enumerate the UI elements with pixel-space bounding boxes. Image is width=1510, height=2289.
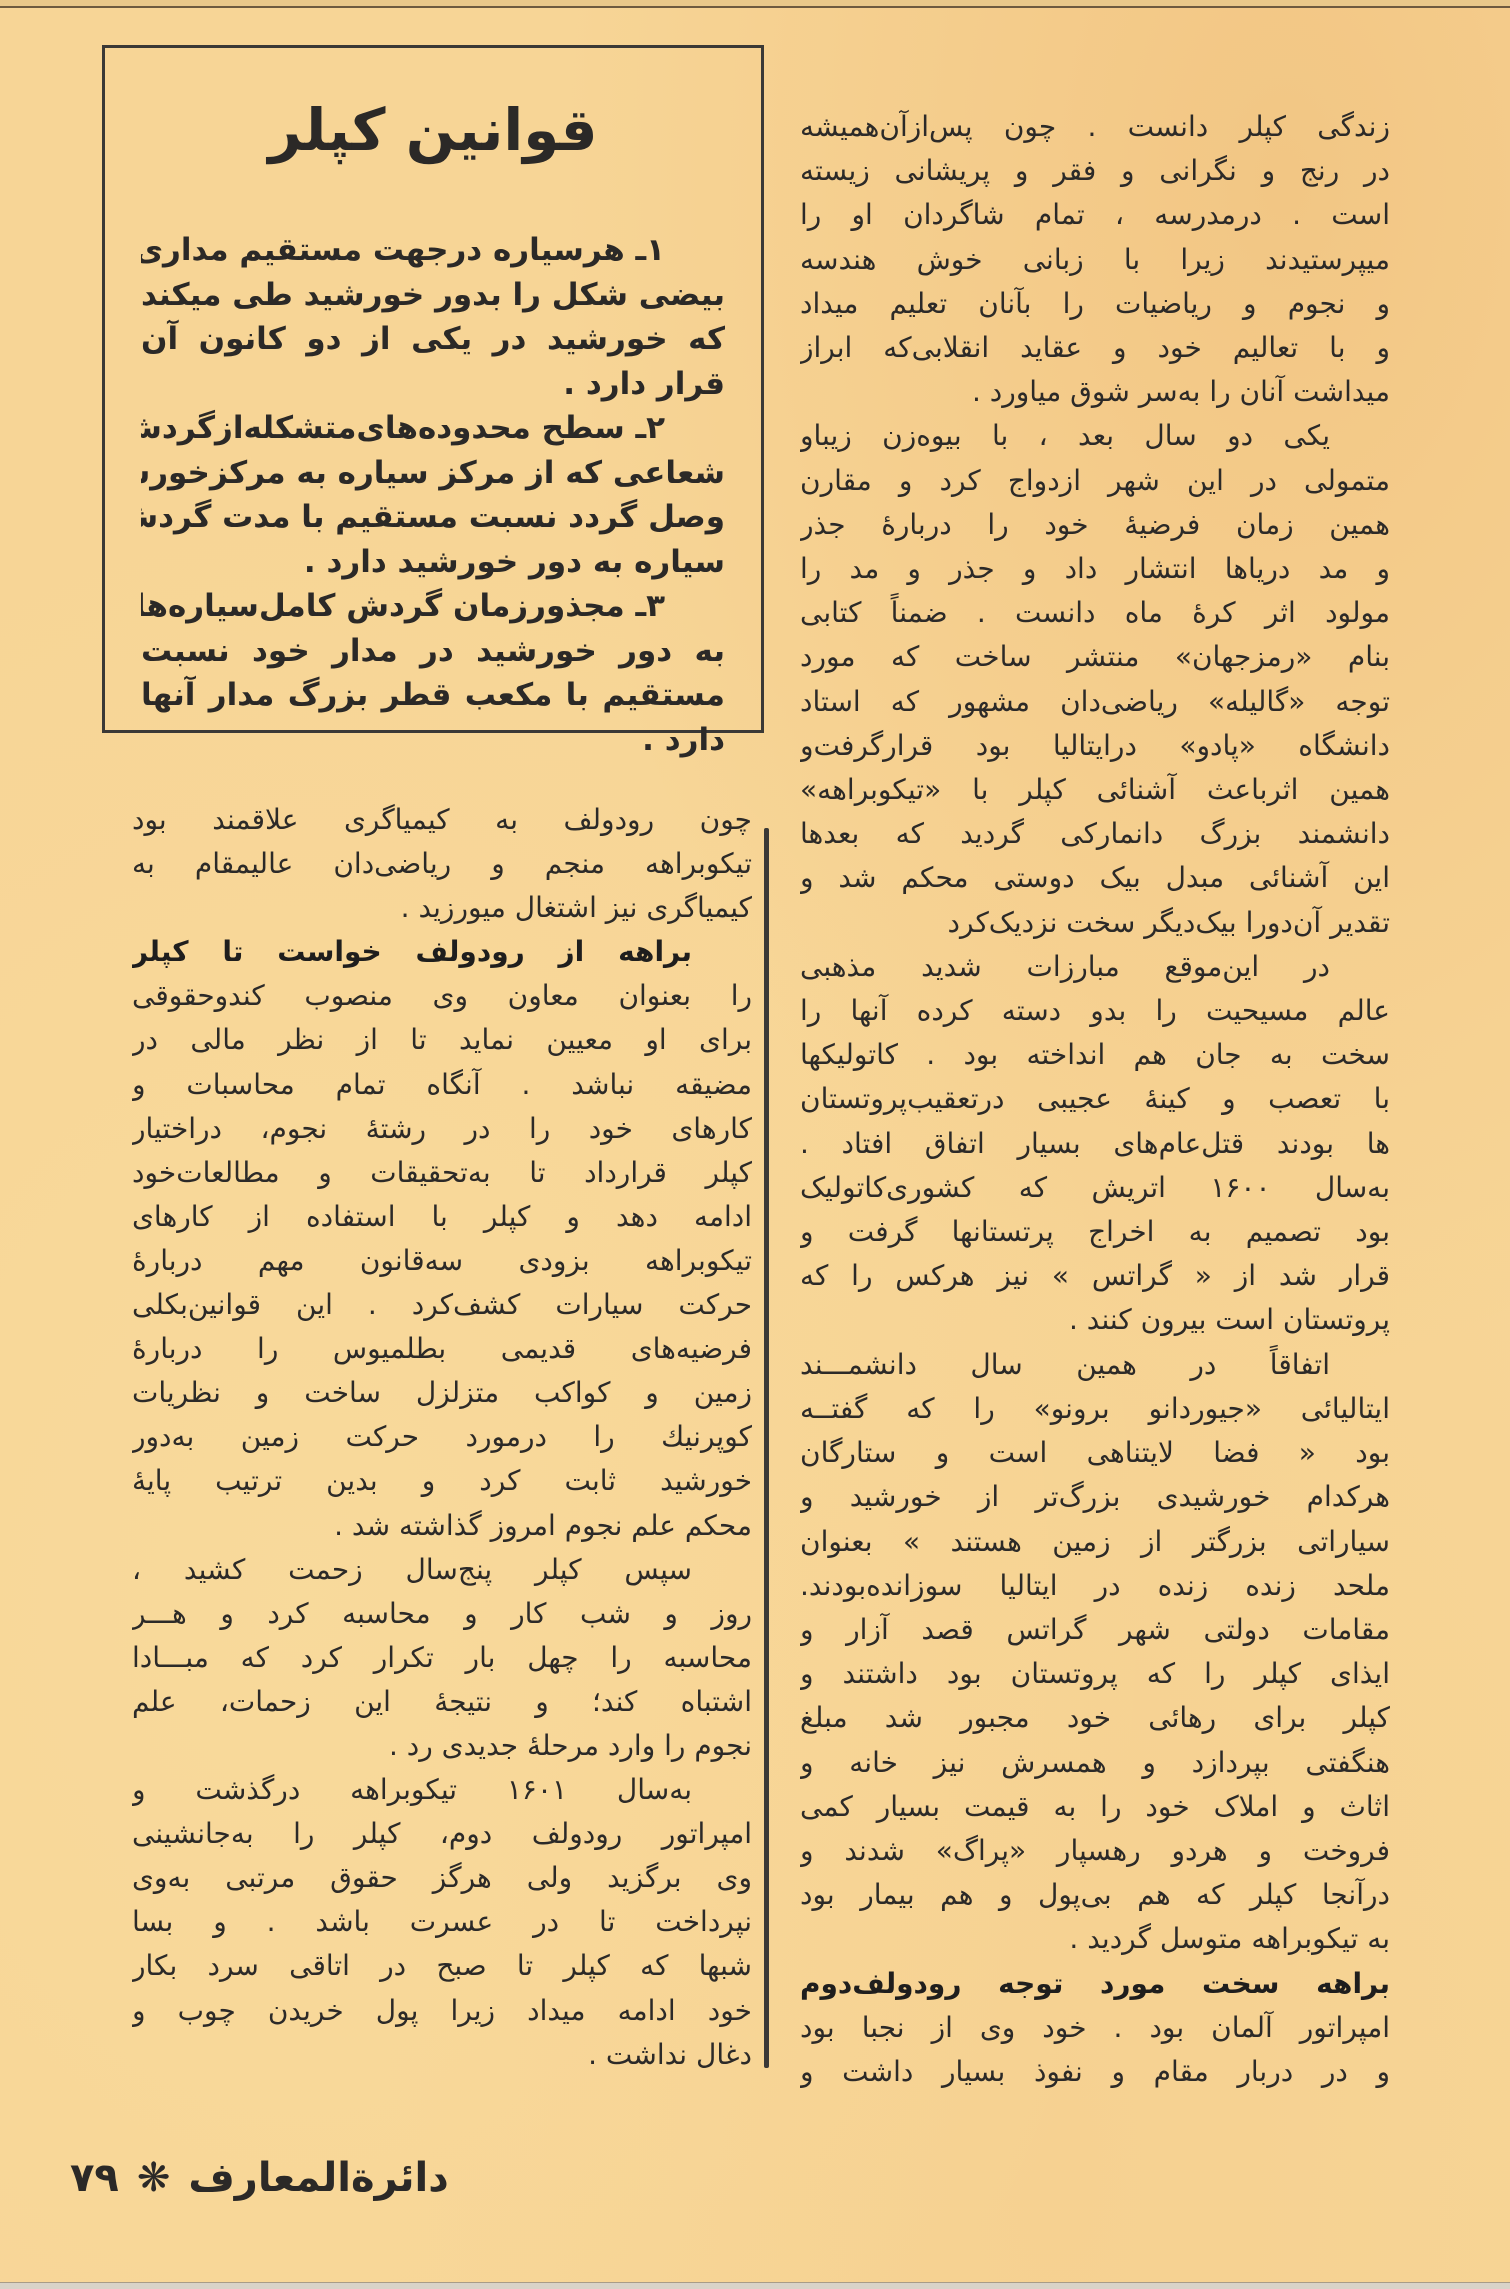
text-line: ایذای کپلر را که پروتستان بود داشتند و [800,1652,1390,1696]
page-footer: دائرةالمعارف ❋ ۷۹ [70,2155,449,2201]
text-line: هنگفتی بپردازد و همسرش نیز خانه و [800,1741,1390,1785]
text-line: در این‌موقع مبارزات شدید مذهبی [800,945,1390,989]
text-line: دغال نداشت . [132,2033,752,2077]
text-line: تیکوبراهه منجم و ریاضی‌دان عالیمقام به [132,842,752,886]
kepler-laws-box: قوانین کپلر ۱ـ هرسیاره درجهت مستقیم مدار… [102,45,764,733]
text-line: در رنج و نگرانی و فقر و پریشانی زیسته [800,149,1390,193]
text-line: درآنجا کپلر که هم بی‌پول و هم بیمار بود [800,1873,1390,1917]
text-line: نجوم را وارد مرحلهٔ جدیدی رد . [132,1724,752,1768]
law-line: مستقیم با مکعب قطر بزرگ مدار آنها [141,673,725,718]
text-line: شبها که کپلر تا صبح در اتاقی سرد بکار [132,1944,752,1988]
text-line: همین زمان فرضیهٔ خود را دربارهٔ جذر [800,503,1390,547]
text-line: کارهای خود را در رشتهٔ نجوم، دراختیار [132,1107,752,1151]
text-line: کوپرنیك را درمورد حرکت زمین به‌دور [132,1415,752,1459]
text-line: محاسبه را چهل بار تکرار کرد که مبـــادا [132,1636,752,1680]
text-line: هرکدام خورشیدی بزرگ‌تر از خورشید و [800,1475,1390,1519]
right-text-column: زندگی کپلر دانست . چون پس‌ازآن‌همیشه در … [800,105,1390,2094]
text-line: اتفاقاً در همین سال دانشمـــند [800,1343,1390,1387]
text-line: کپلر برای رهائی خود مجبور شد مبلغ [800,1696,1390,1740]
text-line: امپراتور رودولف دوم، کپلر را به‌جانشینی [132,1812,752,1856]
text-line: عالم مسیحیت را بدو دسته کرده آنها را [800,989,1390,1033]
text-line: خورشید ثابت کرد و بدین ترتیب پایهٔ [132,1459,752,1503]
column-divider [764,828,769,2068]
text-line: مقامات دولتی شهر گراتس قصد آزار و [800,1608,1390,1652]
text-line: خود ادامه میداد زیرا پول خریدن چوب و [132,1989,752,2033]
text-line: ایتالیائی «جیوردانو برونو» را که گفتــه [800,1387,1390,1431]
text-line: و نجوم و ریاضیات را بآنان تعلیم میداد [800,282,1390,326]
text-line: فروخت و هردو رهسپار «پراگ» شدند و [800,1829,1390,1873]
kepler-laws-body: ۱ـ هرسیاره درجهت مستقیم مداری بیضی شکل ر… [141,228,725,762]
text-line: سخت به جان هم انداخته بود . کاتولیکها [800,1033,1390,1077]
text-line: وی برگزید ولی هرگز حقوق مرتبی به‌وی [132,1856,752,1900]
law-line: وصل گردد نسبت مستقیم با مدت گردش [141,495,725,540]
law-line: دارد . [141,718,725,763]
text-line: ها بودند قتل‌عام‌های بسیار اتفاق افتاد . [800,1122,1390,1166]
law-line: که خورشید در یکی از دو کانون آن [141,317,725,362]
page-top-edge [0,0,1510,8]
text-line: مولود اثر کرهٔ ماه دانست . ضمناً کتابی [800,591,1390,635]
text-line: توجه «گالیله» ریاضی‌دان مشهور که استاد [800,680,1390,724]
text-line: و در دربار مقام و نفوذ بسیار داشت و [800,2050,1390,2094]
text-line: دانشگاه «پادو» درایتالیا بود قرارگرفت‌و [800,724,1390,768]
text-line: ملحد زنده زنده در ایتالیا سوزانده‌بودند. [800,1564,1390,1608]
text-line: تقدیر آن‌دورا بیک‌دیگر سخت نزدیک‌کرد [800,901,1390,945]
text-line: دانشمند بزرگ دانمارکی گردید که بعدها [800,812,1390,856]
text-line: امپراتور آلمان بود . خود وی از نجبا بود [800,2006,1390,2050]
publication-title: دائرةالمعارف [188,2155,448,2201]
text-line: زمین و کواکب متزلزل ساخت و نظریات [132,1371,752,1415]
asterisk-ornament-icon: ❋ [137,2155,171,2201]
page-number: ۷۹ [70,2155,119,2201]
text-line: میپرستیدند زیرا با زبانی خوش هندسه [800,238,1390,282]
text-line: میداشت آنان را به‌سر شوق میاورد . [800,370,1390,414]
text-line: پروتستان است بیرون کنند . [800,1298,1390,1342]
text-line: با تعصب و کینهٔ عجیبی درتعقیب‌پروتستان [800,1077,1390,1121]
text-line: بنام «رمزجهان» منتشر ساخت که مورد [800,635,1390,679]
text-line: بود « فضا لایتناهی است و ستارگان [800,1431,1390,1475]
text-line: و مد دریاها انتشار داد و جذر و مد را [800,547,1390,591]
law-line: ۳ـ مجذورزمان گردش کامل‌سیاره‌ها [141,584,725,629]
text-line: حرکت سیارات کشف‌کرد . این قوانین‌بکلی [132,1283,752,1327]
text-line: این آشنائی مبدل بیک دوستی محکم شد و [800,856,1390,900]
text-line: براهه سخت مورد توجه رودولف‌دوم [800,1962,1390,2006]
text-line: را بعنوان معاون وی منصوب کندوحقوقی [132,974,752,1018]
text-line: سیاراتی بزرگتر از زمین هستند » بعنوان [800,1520,1390,1564]
law-line: ۲ـ سطح محدوده‌های‌متشکله‌ازگردش [141,406,725,451]
text-line: براهه از رودولف خواست تا کپلر [132,930,752,974]
text-line: همین اثرباعث آشنائی کپلر با «تیکوبراهه» [800,768,1390,812]
text-line: یکی دو سال بعد ، با بیوه‌زن زیباو [800,414,1390,458]
kepler-laws-title: قوانین کپلر [105,96,761,164]
law-line: به دور خورشید در مدار خود نسبت [141,629,725,674]
law-line: سیاره به دور خورشید دارد . [141,540,725,585]
law-line: قرار دارد . [141,362,725,407]
text-line: ادامه دهد و کپلر با استفاده از کارهای [132,1195,752,1239]
text-line: اشتباه کند؛ و نتیجهٔ این زحمات، علم [132,1680,752,1724]
text-line: مضیقه نباشد . آنگاه تمام محاسبات و [132,1063,752,1107]
law-line: شعاعی که از مرکز سیاره به مرکزخورشید [141,451,725,496]
text-line: تیکوبراهه بزودی سه‌قانون مهم دربارهٔ [132,1239,752,1283]
text-line: و با تعالیم خود و عقاید انقلابی‌که ابراز [800,326,1390,370]
text-line: به تیکوبراهه متوسل گردید . [800,1917,1390,1961]
text-line: سپس کپلر پنج‌سال زحمت کشید ، [132,1548,752,1592]
text-line: محکم علم نجوم امروز گذاشته شد . [132,1504,752,1548]
text-line: به‌سال ۱۶۰۰ اتریش که کشوری‌کاتولیک [800,1166,1390,1210]
text-line: چون رودولف به کیمیاگری علاقمند بود [132,798,752,842]
text-line: فرضیه‌های قدیمی بطلمیوس را دربارهٔ [132,1327,752,1371]
text-line: متمولی در این شهر ازدواج کرد و مقارن [800,459,1390,503]
text-line: نپرداخت تا در عسرت باشد . و بسا [132,1900,752,1944]
law-line: بیضی شکل را بدور خورشید طی میکند [141,273,725,318]
text-line: کپلر قرارداد تا به‌تحقیقات و مطالعات‌خود [132,1151,752,1195]
text-line: زندگی کپلر دانست . چون پس‌ازآن‌همیشه [800,105,1390,149]
text-line: بود تصمیم به اخراج پرتستانها گرفت و [800,1210,1390,1254]
page-bottom-edge [0,2282,1510,2289]
text-line: به‌سال ۱۶۰۱ تیکوبراهه درگذشت و [132,1768,752,1812]
text-line: اثاث و املاک خود را به قیمت بسیار کمی [800,1785,1390,1829]
text-line: کیمیاگری نیز اشتغال میورزید . [132,886,752,930]
text-line: روز و شب کار و محاسبه کرد و هـــر [132,1592,752,1636]
text-line: است . درمدرسه ، تمام شاگردان او را [800,193,1390,237]
text-line: قرار شد از « گراتس » نیز هرکس را که [800,1254,1390,1298]
law-line: ۱ـ هرسیاره درجهت مستقیم مداری [141,228,725,273]
text-line: برای او معیین نماید تا از نظر مالی در [132,1018,752,1062]
left-text-column: چون رودولف به کیمیاگری علاقمند بود تیکوب… [132,798,752,2077]
